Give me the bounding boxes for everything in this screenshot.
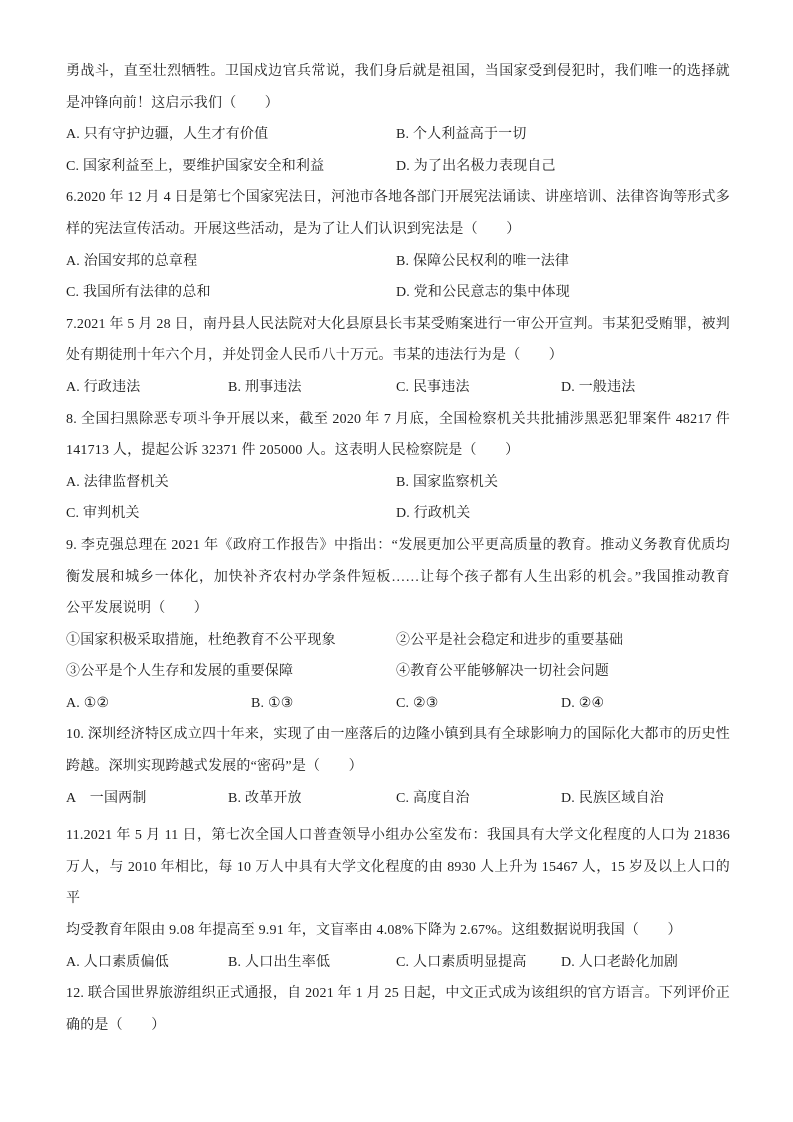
option-c: C. 高度自治 (396, 783, 561, 815)
question-stem-line: 跨越。深圳实现跨越式发展的“密码”是（ ） (66, 751, 730, 783)
option-a: A. 行政违法 (66, 372, 228, 404)
option-row: A. 只有守护边疆，人生才有价值 B. 个人利益高于一切 (66, 119, 730, 151)
exam-content: 勇战斗，直至壮烈牺牲。卫国戍边官兵常说，我们身后就是祖国，当国家受到侵犯时，我们… (66, 56, 730, 1041)
option-row: C. 我国所有法律的总和 D. 党和公民意志的集中体现 (66, 277, 730, 309)
option-row: A. 治国安邦的总章程 B. 保障公民权利的唯一法律 (66, 246, 730, 278)
option-c: C. 民事违法 (396, 372, 561, 404)
question-stem-line: 确的是（ ） (66, 1010, 730, 1042)
option-row: A. 法律监督机关 B. 国家监察机关 (66, 467, 730, 499)
question-stem-line: 6.2020 年 12 月 4 日是第七个国家宪法日，河池市各地各部门开展宪法诵… (66, 182, 730, 214)
option-b: B. 人口出生率低 (228, 947, 396, 979)
question-stem-line: 样的宪法宣传活动。开展这些活动，是为了让人们认识到宪法是（ ） (66, 214, 730, 246)
question-stem-line: 11.2021 年 5 月 11 日，第七次全国人口普查领导小组办公室发布：我国… (66, 820, 730, 852)
statement-2: ②公平是社会稳定和进步的重要基础 (396, 625, 730, 657)
question-7: 7.2021 年 5 月 28 日，南丹县人民法院对大化县原县长韦某受贿案进行一… (66, 309, 730, 404)
exam-page: 勇战斗，直至壮烈牺牲。卫国戍边官兵常说，我们身后就是祖国，当国家受到侵犯时，我们… (0, 0, 793, 1122)
question-stem-line: 8. 全国扫黑除恶专项斗争开展以来，截至 2020 年 7 月底，全国检察机关共… (66, 404, 730, 436)
question-stem-line: 勇战斗，直至壮烈牺牲。卫国戍边官兵常说，我们身后就是祖国，当国家受到侵犯时，我们… (66, 56, 730, 88)
option-d: D. 党和公民意志的集中体现 (396, 277, 730, 309)
option-d: D. ②④ (561, 688, 730, 720)
question-stem-line: 10. 深圳经济特区成立四十年来，实现了由一座落后的边隆小镇到具有全球影响力的国… (66, 719, 730, 751)
option-row: A. 行政违法 B. 刑事违法 C. 民事违法 D. 一般违法 (66, 372, 730, 404)
option-a: A 一国两制 (66, 783, 228, 815)
question-11: 11.2021 年 5 月 11 日，第七次全国人口普查领导小组办公室发布：我国… (66, 820, 730, 978)
question-stem-line: 7.2021 年 5 月 28 日，南丹县人民法院对大化县原县长韦某受贿案进行一… (66, 309, 730, 341)
option-a: A. 只有守护边疆，人生才有价值 (66, 119, 396, 151)
option-a: A. ①② (66, 688, 251, 720)
option-c: C. 我国所有法律的总和 (66, 277, 396, 309)
question-stem-line: 141713 人，提起公诉 32371 件 205000 人。这表明人民检察院是… (66, 435, 730, 467)
question-stem-line: 12. 联合国世界旅游组织正式通报，自 2021 年 1 月 25 日起，中文正… (66, 978, 730, 1010)
option-a: A. 法律监督机关 (66, 467, 396, 499)
option-d: D. 民族区域自治 (561, 783, 730, 815)
option-d: D. 行政机关 (396, 498, 730, 530)
statement-3: ③公平是个人生存和发展的重要保障 (66, 656, 396, 688)
option-b: B. 国家监察机关 (396, 467, 730, 499)
option-d: D. 一般违法 (561, 372, 730, 404)
option-row: A. 人口素质偏低 B. 人口出生率低 C. 人口素质明显提高 D. 人口老龄化… (66, 947, 730, 979)
statement-1: ①国家积极采取措施，杜绝教育不公平现象 (66, 625, 396, 657)
option-row: A. ①② B. ①③ C. ②③ D. ②④ (66, 688, 730, 720)
option-d: D. 为了出名极力表现自己 (396, 151, 730, 183)
question-5-continuation: 勇战斗，直至壮烈牺牲。卫国戍边官兵常说，我们身后就是祖国，当国家受到侵犯时，我们… (66, 56, 730, 182)
question-stem-line: 均受教育年限由 9.08 年提高至 9.91 年，文盲率由 4.08%下降为 2… (66, 915, 730, 947)
option-row: C. 审判机关 D. 行政机关 (66, 498, 730, 530)
option-b: B. 刑事违法 (228, 372, 396, 404)
option-d: D. 人口老龄化加剧 (561, 947, 730, 979)
question-stem-line: 是冲锋向前！这启示我们（ ） (66, 88, 730, 120)
option-row: A 一国两制 B. 改革开放 C. 高度自治 D. 民族区域自治 (66, 783, 730, 815)
option-b: B. ①③ (251, 688, 396, 720)
option-b: B. 改革开放 (228, 783, 396, 815)
statement-row: ③公平是个人生存和发展的重要保障 ④教育公平能够解决一切社会问题 (66, 656, 730, 688)
option-b: B. 个人利益高于一切 (396, 119, 730, 151)
option-row: C. 国家利益至上，要维护国家安全和利益 D. 为了出名极力表现自己 (66, 151, 730, 183)
option-c: C. 国家利益至上，要维护国家安全和利益 (66, 151, 396, 183)
question-9: 9. 李克强总理在 2021 年《政府工作报告》中指出：“发展更加公平更高质量的… (66, 530, 730, 720)
option-c: C. 审判机关 (66, 498, 396, 530)
question-stem-line: 9. 李克强总理在 2021 年《政府工作报告》中指出：“发展更加公平更高质量的… (66, 530, 730, 562)
statement-row: ①国家积极采取措施，杜绝教育不公平现象 ②公平是社会稳定和进步的重要基础 (66, 625, 730, 657)
question-stem-line: 公平发展说明（ ） (66, 593, 730, 625)
option-b: B. 保障公民权利的唯一法律 (396, 246, 730, 278)
statement-4: ④教育公平能够解决一切社会问题 (396, 656, 730, 688)
question-12: 12. 联合国世界旅游组织正式通报，自 2021 年 1 月 25 日起，中文正… (66, 978, 730, 1041)
option-c: C. 人口素质明显提高 (396, 947, 561, 979)
question-6: 6.2020 年 12 月 4 日是第七个国家宪法日，河池市各地各部门开展宪法诵… (66, 182, 730, 308)
question-stem-line: 处有期徒刑十年六个月，并处罚金人民币八十万元。韦某的违法行为是（ ） (66, 340, 730, 372)
option-a: A. 治国安邦的总章程 (66, 246, 396, 278)
option-c: C. ②③ (396, 688, 561, 720)
option-a: A. 人口素质偏低 (66, 947, 228, 979)
question-8: 8. 全国扫黑除恶专项斗争开展以来，截至 2020 年 7 月底，全国检察机关共… (66, 404, 730, 530)
question-stem-line: 万人，与 2010 年相比，每 10 万人中具有大学文化程度的由 8930 人上… (66, 852, 730, 915)
question-10: 10. 深圳经济特区成立四十年来，实现了由一座落后的边隆小镇到具有全球影响力的国… (66, 719, 730, 814)
question-stem-line: 衡发展和城乡一体化，加快补齐农村办学条件短板……让每个孩子都有人生出彩的机会。”… (66, 562, 730, 594)
